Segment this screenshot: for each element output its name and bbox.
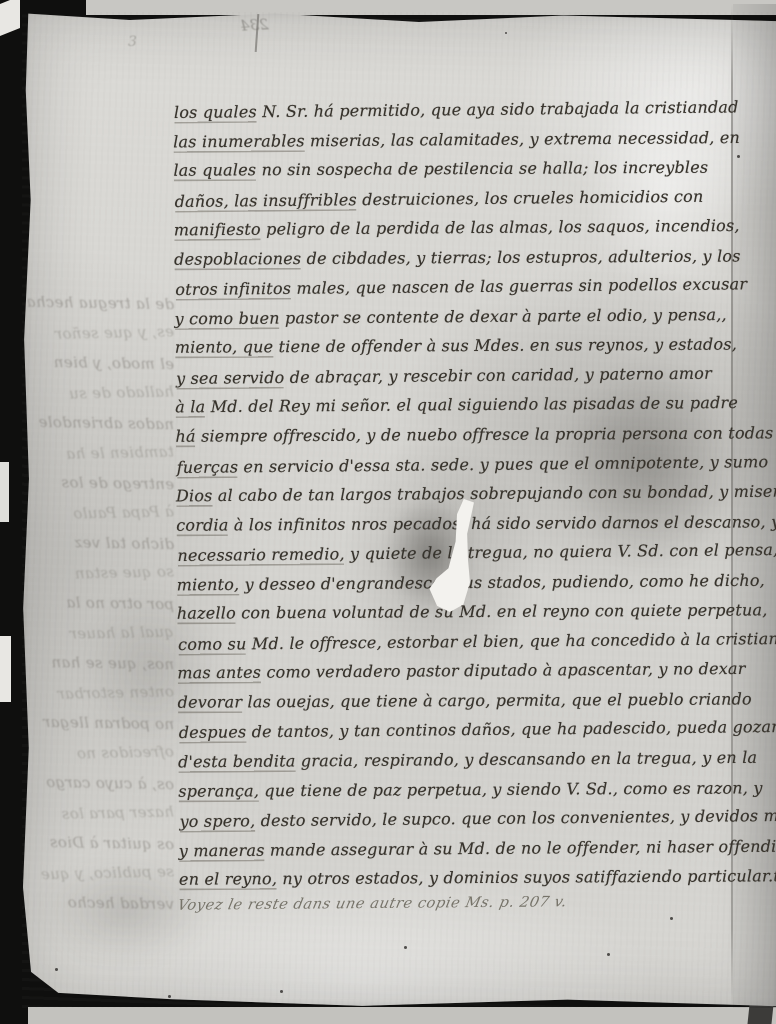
ink-speck <box>168 995 171 998</box>
underline-stroke: há <box>175 427 195 446</box>
manuscript-text-block: los quales N. Sr. há permitido, que aya … <box>173 98 776 900</box>
text-line: Dios al cabo de tan largos trabajos sobr… <box>176 482 776 516</box>
showthrough-line: no podran llegar <box>40 713 175 745</box>
text-line: necessario remedio, y quiete de la tregu… <box>177 540 776 576</box>
underline-stroke: despues <box>179 723 247 743</box>
showthrough-line: nados abriendole <box>26 413 175 446</box>
underline-stroke: daños, las insuffribles <box>175 190 357 211</box>
showthrough-line: el modo, y bien <box>40 353 175 385</box>
text-line: hazello con buena voluntad de su Md. en … <box>177 601 776 634</box>
underline-stroke: hazello <box>177 604 236 623</box>
showthrough-line: hazer para los <box>40 803 175 836</box>
ink-speck <box>404 946 407 949</box>
underline-stroke: à la <box>175 398 205 417</box>
underline-stroke: fuerças <box>177 457 239 477</box>
showthrough-line: se publico, y que <box>26 862 175 895</box>
text-line: fuerças en servicio d'essa sta. sede. y … <box>177 452 776 488</box>
underline-stroke: Dios <box>176 486 213 505</box>
paper-edge-sliver <box>0 636 11 702</box>
underline-stroke: miento, que <box>175 338 274 358</box>
text-line: d'esta bendita gracia, respirando, y des… <box>178 748 776 782</box>
showthrough-line: de la tregua hecha <box>26 293 175 326</box>
margin-showthrough-column: de la tregua hechaes, y que señorel modo… <box>26 294 174 924</box>
corner-mark: 3 <box>128 34 137 50</box>
underline-stroke: yo spero, <box>179 811 255 831</box>
ink-speck <box>607 953 610 956</box>
showthrough-folio-number: 234 <box>240 15 270 34</box>
showthrough-line: verdad hecho <box>40 893 175 925</box>
underline-stroke: en el reyno, <box>179 869 277 889</box>
ink-speck <box>737 155 740 158</box>
showthrough-line: hallado de su <box>26 382 175 415</box>
showthrough-line: onten estorbar <box>26 682 175 715</box>
ink-speck <box>670 917 673 920</box>
paper-edge-sliver <box>0 0 20 36</box>
text-line: sperança, que tiene de paz perpetua, y s… <box>178 778 776 811</box>
text-line: los quales N. Sr. há permitido, que aya … <box>174 97 774 133</box>
underlying-page-edge-bottom <box>28 1007 776 1024</box>
underline-stroke: d'esta bendita <box>178 751 296 771</box>
showthrough-line: à Papa Paulo <box>26 502 175 535</box>
text-line: y sea servido de abraçar, y rescebir con… <box>176 363 776 399</box>
underline-stroke: manifiesto <box>174 220 261 240</box>
text-line: y maneras mande assegurar à su Md. de no… <box>179 836 776 870</box>
underline-stroke: las inumerables <box>173 131 305 151</box>
showthrough-line: ofrecidos no <box>26 742 175 775</box>
underline-stroke: las quales <box>173 160 256 179</box>
text-line: daños, las insuffribles destruiciones, l… <box>175 186 775 222</box>
text-line: yo spero, desto servido, le supco. que c… <box>179 806 776 842</box>
underline-stroke: los quales <box>174 102 257 122</box>
text-line: manifiesto peligro de la perdida de las … <box>174 216 774 250</box>
underline-stroke: despoblaciones <box>174 249 301 269</box>
underline-stroke: devorar <box>178 692 243 711</box>
text-line: las quales no sin sospecha de pestilenci… <box>173 157 773 190</box>
text-line: à la Md. del Rey mi señor. el qual sigui… <box>175 393 775 427</box>
text-line: miento, y desseo d'engrandescer sus stad… <box>177 570 776 604</box>
showthrough-line: os quitar à Dios <box>26 833 175 866</box>
underline-stroke: como su <box>178 634 247 654</box>
showthrough-line: entrego de los <box>26 473 175 506</box>
showthrough-line: os, à cuyo cargo <box>26 773 175 806</box>
text-line: há siempre offrescido, y de nuebo offres… <box>175 423 775 456</box>
showthrough-line: nos, que se han <box>26 653 175 686</box>
underline-stroke: otros infinitos <box>175 279 291 299</box>
underline-stroke: miento, <box>177 575 240 594</box>
underline-stroke: y maneras <box>179 840 265 860</box>
showthrough-line: es, y que señor <box>26 322 175 355</box>
text-line: como su Md. le offresce, estorbar el bie… <box>178 629 776 665</box>
ink-speck <box>280 990 283 993</box>
underline-stroke: mas antes <box>177 663 261 683</box>
showthrough-line: tambien le ha <box>40 443 175 476</box>
showthrough-line: qual la hauer <box>40 623 175 656</box>
underline-stroke: sperança, <box>178 781 259 800</box>
underline-stroke: y sea servido <box>176 368 285 388</box>
showthrough-line: por otro no la <box>26 593 175 626</box>
showthrough-line: dicho tal vez <box>40 533 175 565</box>
underlying-page-edge-top <box>86 0 776 15</box>
ink-speck <box>505 32 507 34</box>
underline-stroke: cordia <box>176 515 228 534</box>
ink-speck <box>55 968 58 971</box>
underline-stroke: necessario remedio, <box>177 545 344 566</box>
text-line: miento, que tiene de offender à sus Mdes… <box>175 335 775 368</box>
text-line: y como buen pastor se contente de dexar … <box>175 304 775 338</box>
text-line: mas antes como verdadero pastor diputado… <box>177 659 776 693</box>
text-line: las inumerables miserias, las calamitade… <box>173 127 773 161</box>
archivist-note: Voyez le reste dans une autre copie Ms. … <box>176 894 569 913</box>
paper-edge-sliver <box>0 462 9 522</box>
showthrough-line: so que estan <box>26 562 175 595</box>
underline-stroke: y como buen <box>175 308 280 328</box>
